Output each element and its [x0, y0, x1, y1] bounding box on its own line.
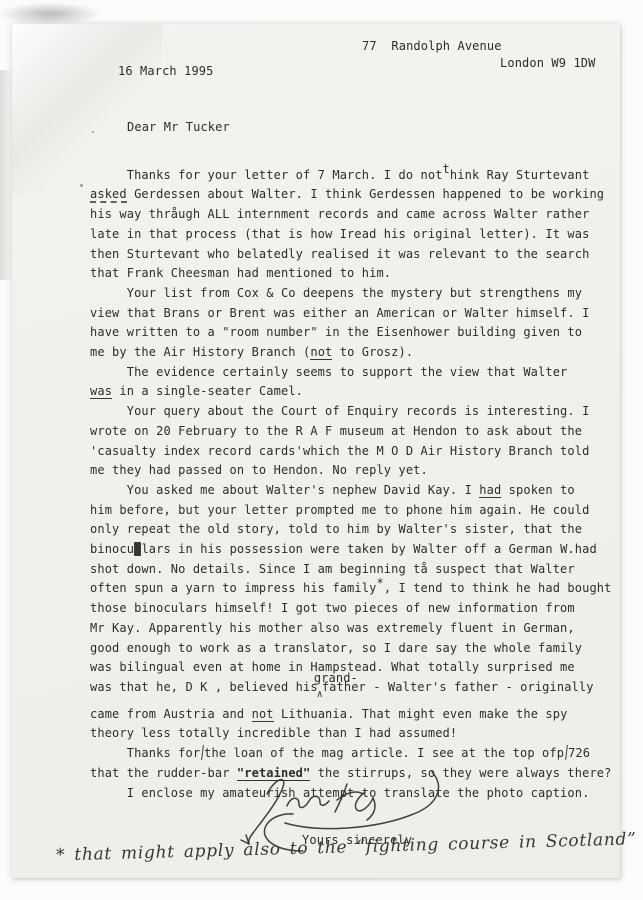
- text-segment: 'casualty index record cards'which the M…: [90, 444, 589, 458]
- letter-line: him before, but your letter prompted me …: [90, 501, 615, 521]
- text-segment: to Grosz).: [332, 345, 413, 359]
- text-segment: the loan of the mag article. I see at th…: [204, 746, 564, 760]
- text-segment: often spun a yarn to impress his family: [90, 581, 376, 595]
- letter-line: was that he, D K , believed his∧grand-fa…: [90, 678, 615, 705]
- inserted-word-target: grand-father - Walter's father - origina…: [322, 680, 594, 694]
- salutation: Dear Mr Tucker: [127, 118, 615, 138]
- letter-line: came from Austria and not Lithuania. Tha…: [90, 705, 615, 725]
- letter-line: was in a single-seater Camel.: [90, 382, 615, 402]
- text-segment: him before, but your letter prompted me …: [90, 503, 589, 517]
- letter-line: his way thråugh ALL internment records a…: [90, 205, 615, 225]
- text-segment: have written to a "room number" in the E…: [90, 325, 582, 339]
- signature-flourish: [285, 772, 439, 829]
- text-segment: The evidence certainly seems to support …: [90, 365, 567, 379]
- signature-ohn: [287, 796, 329, 807]
- letter-line: only repeat the old story, told to him b…: [90, 520, 615, 540]
- sender-address-line1: 77 Randolph Avenue: [362, 39, 502, 53]
- text-segment: in a single-seater Camel.: [112, 384, 303, 398]
- letter-paper: 77 Randolph Avenue London W9 1DW 16 Marc…: [12, 24, 620, 878]
- letter-line: theory less totally incredible than I ha…: [90, 724, 615, 744]
- body-lines: Thanks for your letter of 7 March. I do …: [90, 166, 615, 804]
- letter-line: wrote on 20 February to the R A F museum…: [90, 422, 615, 442]
- letter-line: then Sturtevant who belatedly realised i…: [90, 245, 615, 265]
- text-segment: , I tend to think he had bought: [384, 581, 612, 595]
- text-segment: binocu: [90, 542, 134, 556]
- signature-j-stroke: [249, 780, 284, 844]
- letter-line: shot down. No details. Since I am beginn…: [90, 560, 615, 580]
- letter-line: late in that process (that is how Iread …: [90, 225, 615, 245]
- text-segment: me by the Air History Branch (: [90, 345, 310, 359]
- text-segment: You asked me about Walter's nephew David…: [90, 483, 479, 497]
- letter-line: Your query about the Court of Enquiry re…: [90, 402, 615, 422]
- letter-line: me by the Air History Branch (not to Gro…: [90, 343, 615, 363]
- scan-background: 77 Randolph Avenue London W9 1DW 16 Marc…: [0, 0, 643, 900]
- letter-line: Thanks for your letter of 7 March. I do …: [90, 166, 615, 186]
- letter-line: 'casualty index record cards'which the M…: [90, 442, 615, 462]
- letter-line: that Frank Cheesman had mentioned to him…: [90, 264, 615, 284]
- letter-line: me they had passed on to Hendon. No repl…: [90, 461, 615, 481]
- text-segment: view that Brans or Brent was either an A…: [90, 306, 589, 320]
- text-segment: *: [376, 576, 383, 590]
- text-segment: 726: [568, 746, 590, 760]
- text-segment: Lithuania. That might even make the spy: [274, 707, 568, 721]
- text-segment: asked: [90, 187, 127, 203]
- letter-line: You asked me about Walter's nephew David…: [90, 481, 615, 501]
- letter-date: 16 March 1995: [118, 64, 213, 78]
- text-segment: shot down. No details. Since I am beginn…: [90, 562, 575, 576]
- text-segment: late in that process (that is how Iread …: [90, 227, 589, 241]
- letter-line: Mr Kay. Apparently his mother also was e…: [90, 619, 615, 639]
- text-segment: Mr Kay. Apparently his mother also was e…: [90, 621, 575, 635]
- sender-address-line2: London W9 1DW: [500, 56, 595, 70]
- text-segment: not: [310, 345, 332, 360]
- text-segment: good enough to work as a translator, so …: [90, 641, 582, 655]
- text-segment: me they had passed on to Hendon. No repl…: [90, 463, 428, 477]
- text-segment: wrote on 20 February to the R A F museum…: [90, 424, 582, 438]
- signature-a: [355, 792, 373, 811]
- text-segment: was that he, D K , believed his: [90, 680, 318, 694]
- letter-line: good enough to work as a translator, so …: [90, 639, 615, 659]
- text-segment: theory less totally incredible than I ha…: [90, 726, 457, 740]
- typed-insertion: grand-: [314, 669, 358, 689]
- text-segment: t: [443, 162, 450, 176]
- text-segment: then Sturtevant who belatedly realised i…: [90, 247, 589, 261]
- text-segment: Gerdessen about Walter. I think Gerdesse…: [127, 187, 604, 201]
- letter-line: view that Brans or Brent was either an A…: [90, 304, 615, 324]
- letter-line: binocublars in his possession were taken…: [90, 540, 615, 560]
- text-segment: hink Ray Sturtevant: [450, 168, 590, 182]
- paper-speck: [80, 184, 83, 187]
- text-segment: lars in his possession were taken by Wal…: [141, 542, 596, 556]
- letter-line: Your list from Cox & Co deepens the myst…: [90, 284, 615, 304]
- letter-line: often spun a yarn to impress his family*…: [90, 579, 615, 599]
- letter-line: those binoculars himself! I got two piec…: [90, 599, 615, 619]
- text-segment: his way thråugh ALL internment records a…: [90, 207, 589, 221]
- text-segment: those binoculars himself! I got two piec…: [90, 601, 575, 615]
- text-segment: Thanks for your letter of 7 March. I do …: [90, 168, 443, 182]
- text-segment: spoken to: [501, 483, 574, 497]
- signature-h: [335, 784, 347, 812]
- letter-line: have written to a "room number" in the E…: [90, 323, 615, 343]
- text-segment: only repeat the old story, told to him b…: [90, 522, 582, 536]
- letter-line: asked Gerdessen about Walter. I think Ge…: [90, 185, 615, 205]
- letter-line: The evidence certainly seems to support …: [90, 363, 615, 383]
- text-segment: was: [90, 384, 112, 399]
- text-segment: Thanks for: [90, 746, 200, 760]
- text-segment: that Frank Cheesman had mentioned to him…: [90, 266, 391, 280]
- text-segment: Your query about the Court of Enquiry re…: [90, 404, 589, 418]
- text-segment: Your list from Cox & Co deepens the myst…: [90, 286, 582, 300]
- text-segment: had: [479, 483, 501, 498]
- text-segment: not: [252, 707, 274, 722]
- text-segment: came from Austria and: [90, 707, 252, 721]
